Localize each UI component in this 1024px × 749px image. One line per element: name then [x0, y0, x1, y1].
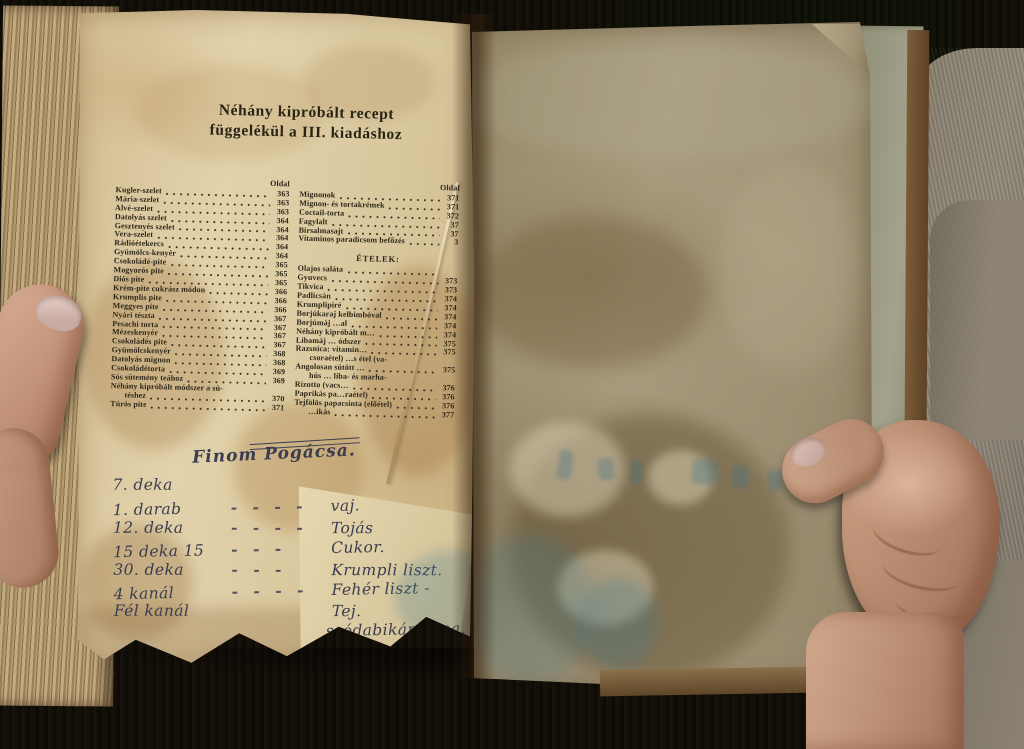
dot-leader [225, 387, 266, 395]
appendix-title: Néhány kipróbált recept függelékül a III… [131, 99, 482, 148]
left-page-toc[interactable]: Néhány kipróbált recept függelékül a III… [76, 10, 474, 666]
right-page-blank[interactable] [470, 22, 872, 688]
faded-ink-mark [630, 460, 642, 484]
page-number: 369 [268, 377, 285, 386]
faded-ink-mark [732, 466, 748, 488]
handwriting-dashes: - - - [231, 538, 331, 559]
toc-left-column: Oldal Kugler-szelet 363 Mária-szelet 363… [110, 176, 290, 413]
dot-leader [377, 331, 437, 339]
ingredient-amount: 1. darab [95, 499, 231, 520]
ingredient-amount [96, 638, 208, 640]
stain [478, 217, 708, 367]
book-gutter-shadow [452, 14, 496, 678]
ingredient-name: vaj. [331, 494, 465, 515]
faded-ink-mark [767, 469, 784, 491]
handwriting-dashes: - - - - [231, 518, 331, 537]
handwriting-dashes: - - - - [231, 580, 331, 601]
right-wrist [806, 612, 964, 749]
ingredient-name: Tojás [331, 519, 465, 537]
faded-ink-mark [691, 459, 719, 485]
dot-leader [207, 288, 268, 296]
dot-leader [389, 376, 436, 384]
ingredient-amount: 12. deka [95, 519, 231, 537]
dot-leader [386, 204, 440, 212]
printed-content: Néhány kipróbált recept függelékül a III… [76, 5, 474, 15]
stain [460, 40, 880, 160]
toc-right-column: Oldal Mignonok 371 Mignon- és tortakréme… [294, 181, 460, 420]
dot-leader [384, 313, 438, 321]
dot-leader [407, 240, 440, 248]
photo-of-open-cookbook: Néhány kipróbált recept függelékül a III… [0, 0, 1024, 749]
dot-leader [332, 410, 435, 420]
faded-ink-mark [597, 457, 615, 481]
recipe-name: Vitaminos paradicsom befőzés [298, 235, 405, 247]
ingredient-amount: 30. deka [95, 561, 231, 579]
ingredient-amount: 4 kanál [95, 583, 231, 604]
blue-ink-stain [578, 578, 658, 668]
page-number: 371 [267, 404, 284, 413]
fabric-fold [930, 200, 1024, 440]
toc-right-foods-list: Olajos saláta Gyuvecs 373 Tikvica 373 Pa… [294, 265, 458, 420]
handwriting-dashes: - - - [231, 560, 331, 579]
dot-leader [389, 358, 437, 366]
toc-left-list: Kugler-szelet 363 Mária-szelet 363 Alvé-… [110, 186, 289, 413]
toc-right-top-list: Mignonok 371 Mignon- és tortakrémek 371 … [298, 191, 459, 248]
handwriting-dashes [208, 637, 288, 639]
recipe-name: …ikás [294, 407, 331, 417]
ingredient-amount: 7. deka [94, 476, 230, 494]
dot-leader [394, 403, 435, 411]
etelek-section-header: ÉTELEK: [298, 253, 458, 266]
stain [720, 162, 860, 372]
handwriting-dashes: - - - - [231, 496, 331, 517]
ingredient-amount: 15 deka 15 [95, 541, 231, 562]
recipe-name: Túrós pite [110, 400, 147, 410]
ingredient-amount: Fél kanál [96, 602, 232, 620]
